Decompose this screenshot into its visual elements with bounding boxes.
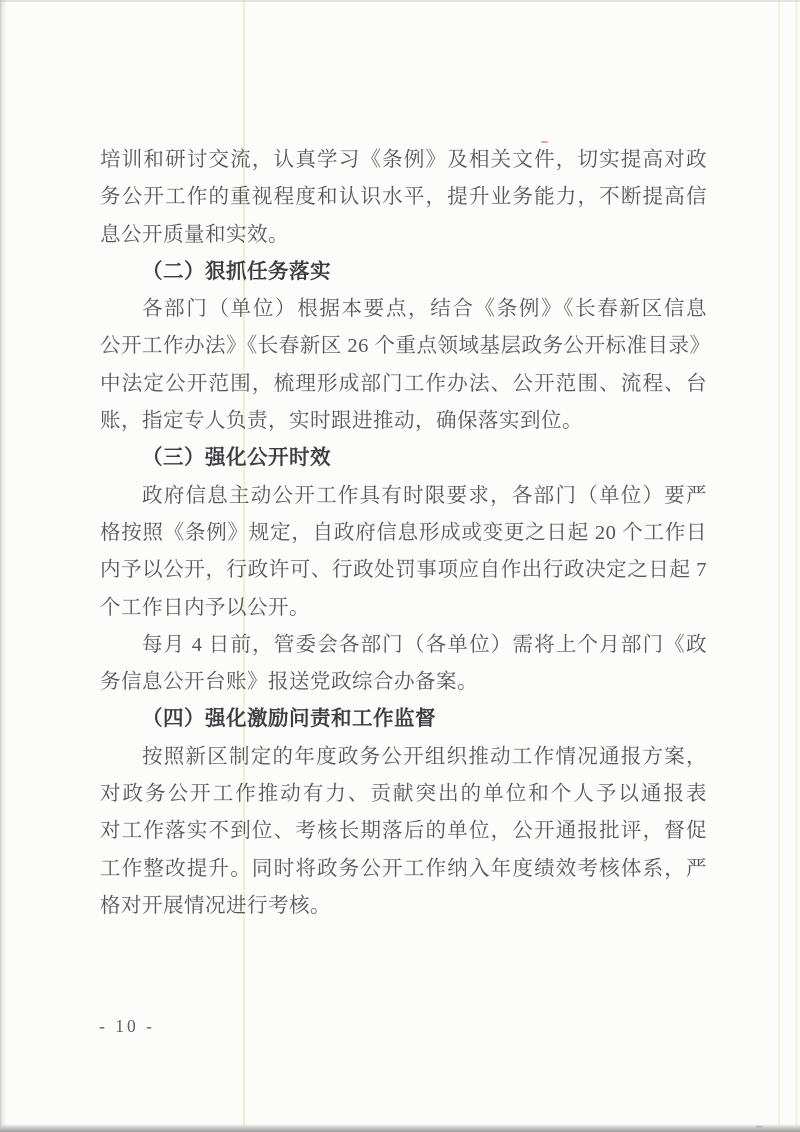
text-line: 内予以公开，行政许可、行政处罚事项应自作出行政决定之日起 7 xyxy=(100,552,707,589)
text-line: 各部门（单位）根据本要点，结合《条例》《长春新区信息 xyxy=(100,291,707,328)
text-line: 每月 4 日前，管委会各部门（各单位）需将上个月部门《政 xyxy=(100,627,707,664)
text-line: 格按照《条例》规定，自政府信息形成或变更之日起 20 个工作日 xyxy=(100,515,707,552)
text-line: 政府信息主动公开工作具有时限要求，各部门（单位）要严 xyxy=(100,478,707,515)
scan-fold-line-right xyxy=(778,0,780,1132)
text-line: 格对开展情况进行考核。 xyxy=(100,888,707,925)
text-line: 公开工作办法》《长春新区 26 个重点领域基层政务公开标准目录》 xyxy=(100,328,707,365)
document-text-block: 培训和研讨交流，认真学习《条例》及相关文件，切实提高对政务公开工作的重视程度和认… xyxy=(100,142,707,925)
scan-edge-right-tint xyxy=(795,0,798,1132)
text-line: 息公开质量和实效。 xyxy=(100,217,707,254)
text-line: 按照新区制定的年度政务公开组织推动工作情况通报方案， xyxy=(100,739,707,776)
text-line: 对工作落实不到位、考核长期落后的单位，公开通报批评，督促 xyxy=(100,813,707,850)
document-page: 培训和研讨交流，认真学习《条例》及相关文件，切实提高对政务公开工作的重视程度和认… xyxy=(0,0,800,1132)
text-line: 工作整改提升。同时将政务公开工作纳入年度绩效考核体系，严 xyxy=(100,851,707,888)
text-line: 务信息公开台账》报送党政综合办备案。 xyxy=(100,664,707,701)
text-line: 账，指定专人负责，实时跟进推动，确保落实到位。 xyxy=(100,403,707,440)
text-line: 个工作日内予以公开。 xyxy=(100,590,707,627)
section-heading: （三）强化公开时效 xyxy=(100,440,707,477)
page-number: - 10 - xyxy=(99,1016,155,1037)
scan-edge-bottom xyxy=(0,1124,800,1132)
text-line: 培训和研讨交流，认真学习《条例》及相关文件，切实提高对政 xyxy=(100,142,707,179)
text-line: 对政务公开工作推动有力、贡献突出的单位和个人予以通报表扬。 xyxy=(100,776,707,813)
text-line: 中法定公开范围，梳理形成部门工作办法、公开范围、流程、台 xyxy=(100,366,707,403)
scan-edge-top xyxy=(0,0,800,2)
scan-edge-left xyxy=(0,0,7,1132)
section-heading: （二）狠抓任务落实 xyxy=(100,254,707,291)
scan-speck-top xyxy=(541,141,548,143)
section-heading: （四）强化激励问责和工作监督 xyxy=(100,701,707,738)
text-line: 务公开工作的重视程度和认识水平，提升业务能力，不断提高信 xyxy=(100,179,707,216)
